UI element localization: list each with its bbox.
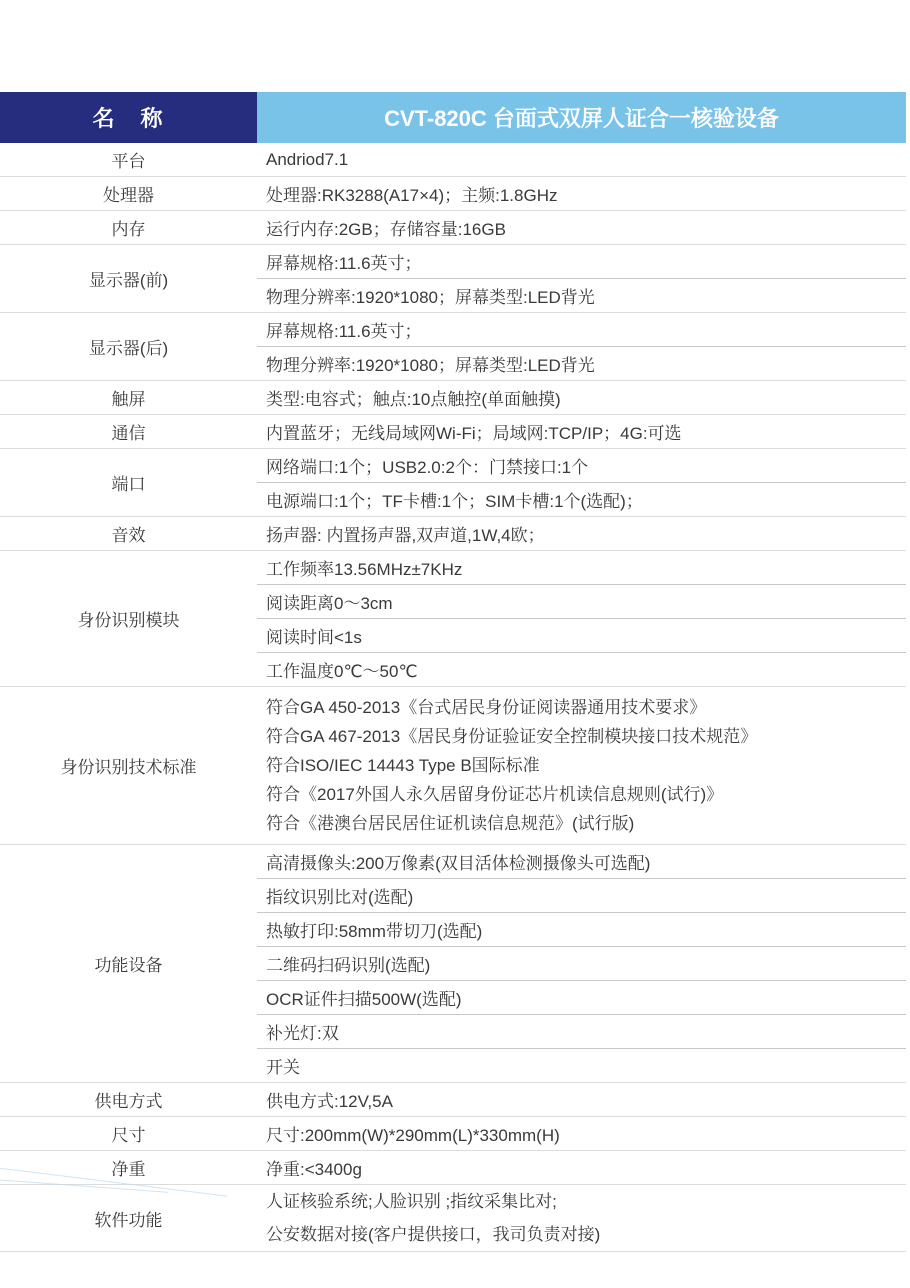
spec-value-line: Andriod7.1 [257,143,906,176]
spec-row: 内存运行内存:2GB；存储容量:16GB [0,211,906,245]
spec-value-line: 指纹识别比对(选配) [257,879,906,913]
spec-value: 网络端口:1个；USB2.0:2个：门禁接口:1个电源端口:1个；TF卡槽:1个… [257,449,906,516]
spec-value-line: OCR证件扫描500W(选配) [257,981,906,1015]
spec-value-line: 高清摄像头:200万像素(双目活体检测摄像头可选配) [257,845,906,879]
spec-value: 扬声器: 内置扬声器,双声道,1W,4欧； [257,517,906,550]
spec-value: 工作频率13.56MHz±7KHz阅读距离0～3cm阅读时间<1s工作温度0℃～… [257,551,906,686]
spec-label: 尺寸 [0,1117,257,1150]
spec-value-line: 物理分辨率:1920*1080；屏幕类型:LED背光 [257,347,906,380]
spec-value-line: 处理器:RK3288(A17×4)；主频:1.8GHz [257,177,906,210]
spec-value-line: 符合《港澳台居民居住证机读信息规范》(试行版) [257,809,906,838]
spec-row: 触屏类型:电容式；触点:10点触控(单面触摸) [0,381,906,415]
spec-label: 音效 [0,517,257,550]
spec-label: 触屏 [0,381,257,414]
spec-value: 类型:电容式；触点:10点触控(单面触摸) [257,381,906,414]
spec-value-line: 尺寸:200mm(W)*290mm(L)*330mm(H) [257,1117,906,1150]
spec-value-line: 二维码扫码识别(选配) [257,947,906,981]
spec-label: 处理器 [0,177,257,210]
spec-row: 净重净重:<3400g [0,1151,906,1185]
spec-row: 处理器处理器:RK3288(A17×4)；主频:1.8GHz [0,177,906,211]
spec-label: 功能设备 [0,845,257,1082]
header-name-cell: 名 称 [0,92,257,143]
spec-value-line: 供电方式:12V,5A [257,1083,906,1116]
spec-row: 功能设备高清摄像头:200万像素(双目活体检测摄像头可选配)指纹识别比对(选配)… [0,845,906,1083]
spec-label: 端口 [0,449,257,516]
spec-row: 通信内置蓝牙；无线局域网Wi-Fi；局域网:TCP/IP；4G:可选 [0,415,906,449]
table-header: 名 称 CVT-820C 台面式双屏人证合一核验设备 [0,92,906,143]
spec-row: 尺寸尺寸:200mm(W)*290mm(L)*330mm(H) [0,1117,906,1151]
spec-value-line: 符合ISO/IEC 14443 Type B国际标准 [257,751,906,780]
spec-value-line: 类型:电容式；触点:10点触控(单面触摸) [257,381,906,414]
spec-sheet-page: 名 称 CVT-820C 台面式双屏人证合一核验设备 平台Andriod7.1处… [0,0,910,1288]
spec-value: 尺寸:200mm(W)*290mm(L)*330mm(H) [257,1117,906,1150]
spec-label: 身份识别模块 [0,551,257,686]
spec-value-line: 工作频率13.56MHz±7KHz [257,551,906,585]
spec-value-line: 公安数据对接(客户提供接口，我司负责对接) [257,1218,906,1251]
spec-value: 处理器:RK3288(A17×4)；主频:1.8GHz [257,177,906,210]
spec-value-line: 净重:<3400g [257,1151,906,1184]
spec-value-line: 符合GA 467-2013《居民身份证验证安全控制模块接口技术规范》 [257,722,906,751]
spec-value-line: 人证核验系统;人脸识别 ;指纹采集比对; [257,1185,906,1218]
spec-value: 高清摄像头:200万像素(双目活体检测摄像头可选配)指纹识别比对(选配)热敏打印… [257,845,906,1082]
spec-value-line: 运行内存:2GB；存储容量:16GB [257,211,906,244]
spec-row: 供电方式供电方式:12V,5A [0,1083,906,1117]
spec-row: 平台Andriod7.1 [0,143,906,177]
spec-row: 显示器(后)屏幕规格:11.6英寸；物理分辨率:1920*1080；屏幕类型:L… [0,313,906,381]
spec-label: 显示器(前) [0,245,257,312]
spec-table: 平台Andriod7.1处理器处理器:RK3288(A17×4)；主频:1.8G… [0,143,906,1252]
spec-value-line: 补光灯:双 [257,1015,906,1049]
spec-label: 身份识别技术标准 [0,687,257,844]
spec-label: 通信 [0,415,257,448]
spec-value-line: 物理分辨率:1920*1080；屏幕类型:LED背光 [257,279,906,312]
spec-value-line: 扬声器: 内置扬声器,双声道,1W,4欧； [257,517,906,550]
spec-label: 平台 [0,143,257,176]
spec-row: 音效扬声器: 内置扬声器,双声道,1W,4欧； [0,517,906,551]
spec-value: 符合GA 450-2013《台式居民身份证阅读器通用技术要求》符合GA 467-… [257,687,906,844]
spec-value-line: 开关 [257,1049,906,1082]
spec-value-line: 符合GA 450-2013《台式居民身份证阅读器通用技术要求》 [257,693,906,722]
spec-value-line: 内置蓝牙；无线局域网Wi-Fi；局域网:TCP/IP；4G:可选 [257,415,906,448]
spec-row: 端口网络端口:1个；USB2.0:2个：门禁接口:1个电源端口:1个；TF卡槽:… [0,449,906,517]
spec-value-line: 屏幕规格:11.6英寸； [257,245,906,279]
spec-row: 软件功能人证核验系统;人脸识别 ;指纹采集比对;公安数据对接(客户提供接口，我司… [0,1185,906,1252]
spec-value-line: 符合《2017外国人永久居留身份证芯片机读信息规则(试行)》 [257,780,906,809]
spec-value-line: 屏幕规格:11.6英寸； [257,313,906,347]
spec-value: 供电方式:12V,5A [257,1083,906,1116]
spec-value: 屏幕规格:11.6英寸；物理分辨率:1920*1080；屏幕类型:LED背光 [257,313,906,380]
header-product-title: CVT-820C 台面式双屏人证合一核验设备 [257,92,906,143]
spec-value-line: 电源端口:1个；TF卡槽:1个；SIM卡槽:1个(选配)； [257,483,906,516]
spec-value: 内置蓝牙；无线局域网Wi-Fi；局域网:TCP/IP；4G:可选 [257,415,906,448]
spec-label: 供电方式 [0,1083,257,1116]
spec-value-line: 阅读距离0～3cm [257,585,906,619]
spec-row: 身份识别技术标准符合GA 450-2013《台式居民身份证阅读器通用技术要求》符… [0,687,906,845]
spec-value-line: 网络端口:1个；USB2.0:2个：门禁接口:1个 [257,449,906,483]
spec-label: 净重 [0,1151,257,1184]
spec-value: 人证核验系统;人脸识别 ;指纹采集比对;公安数据对接(客户提供接口，我司负责对接… [257,1185,906,1251]
spec-row: 显示器(前)屏幕规格:11.6英寸；物理分辨率:1920*1080；屏幕类型:L… [0,245,906,313]
spec-value: Andriod7.1 [257,143,906,176]
spec-value: 屏幕规格:11.6英寸；物理分辨率:1920*1080；屏幕类型:LED背光 [257,245,906,312]
spec-value-line: 阅读时间<1s [257,619,906,653]
spec-row: 身份识别模块工作频率13.56MHz±7KHz阅读距离0～3cm阅读时间<1s工… [0,551,906,687]
spec-value: 净重:<3400g [257,1151,906,1184]
spec-value-line: 工作温度0℃～50℃ [257,653,906,686]
spec-value: 运行内存:2GB；存储容量:16GB [257,211,906,244]
spec-value-line: 热敏打印:58mm带切刀(选配) [257,913,906,947]
spec-label: 内存 [0,211,257,244]
spec-label: 显示器(后) [0,313,257,380]
